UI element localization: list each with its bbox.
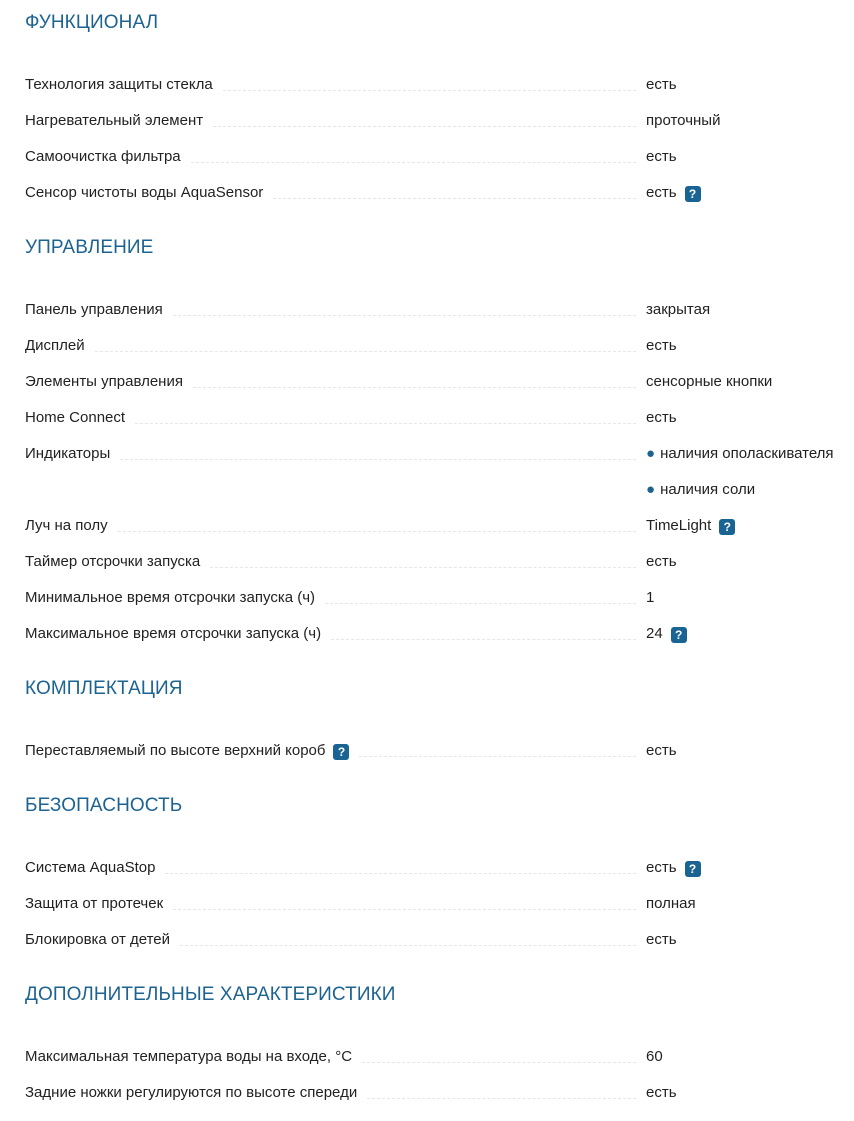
section-title: БЕЗОПАСНОСТЬ (25, 794, 854, 818)
spec-value: TimeLight (646, 517, 711, 535)
spec-label: Дисплей (25, 337, 85, 355)
dotted-leader (223, 89, 636, 91)
dotted-leader (180, 944, 636, 946)
spec-row-continuation: ●наличия соли (25, 463, 854, 499)
spec-label-cell: Переставляемый по высоте верхний короб? (25, 742, 636, 760)
spec-value-cell: TimeLight? (646, 517, 735, 535)
dotted-leader (165, 872, 636, 874)
spec-value: 24 (646, 625, 663, 643)
spec-label-cell: Система AquaStop (25, 859, 636, 877)
spec-label-cell: Защита от протечек (25, 895, 636, 913)
spec-value: закрытая (646, 301, 710, 319)
spec-label: Нагревательный элемент (25, 112, 203, 130)
spec-label-cell: Сенсор чистоты воды AquaSensor (25, 184, 636, 202)
spec-row: Элементы управлениясенсорные кнопки (25, 355, 854, 391)
dotted-leader (331, 638, 636, 640)
spec-row: Луч на полуTimeLight? (25, 499, 854, 535)
spec-label: Home Connect (25, 409, 125, 427)
spec-label: Индикаторы (25, 445, 110, 463)
spec-label-cell: Индикаторы (25, 445, 636, 463)
spec-label: Задние ножки регулируются по высоте спер… (25, 1084, 357, 1102)
spec-value-cell: есть (646, 931, 677, 949)
spec-value: полная (646, 895, 696, 913)
section-title: ДОПОЛНИТЕЛЬНЫЕ ХАРАКТЕРИСТИКИ (25, 983, 854, 1007)
spec-label-cell: Минимальное время отсрочки запуска (ч) (25, 589, 636, 607)
spec-section: УПРАВЛЕНИЕПанель управлениязакрытаяДиспл… (25, 236, 854, 643)
spec-value-cell: есть (646, 409, 677, 427)
spec-value: наличия соли (660, 481, 755, 499)
spec-row: Самоочистка фильтраесть (25, 130, 854, 166)
dotted-leader (95, 350, 636, 352)
spec-value: 1 (646, 589, 654, 607)
spec-value: есть (646, 148, 677, 166)
spec-label: Технология защиты стекла (25, 76, 213, 94)
spec-label: Защита от протечек (25, 895, 163, 913)
spec-label-cell: Элементы управления (25, 373, 636, 391)
spec-label: Элементы управления (25, 373, 183, 391)
spec-label: Блокировка от детей (25, 931, 170, 949)
spec-value-cell: есть (646, 1084, 677, 1102)
dotted-leader (135, 422, 636, 424)
dotted-leader (173, 314, 636, 316)
spec-rows: Технология защиты стеклаестьНагревательн… (25, 58, 854, 202)
spec-label-cell: Максимальное время отсрочки запуска (ч) (25, 625, 636, 643)
spec-label-cell: Задние ножки регулируются по высоте спер… (25, 1084, 636, 1102)
dotted-leader (191, 161, 636, 163)
spec-label-cell: Home Connect (25, 409, 636, 427)
spec-row: Защита от протечекполная (25, 877, 854, 913)
spec-row: Панель управлениязакрытая (25, 283, 854, 319)
section-title: ФУНКЦИОНАЛ (25, 11, 854, 35)
spec-value-cell: проточный (646, 112, 720, 130)
spec-value-cell: есть (646, 337, 677, 355)
spec-label-cell: Максимальная температура воды на входе, … (25, 1048, 636, 1066)
spec-value-cell: есть (646, 148, 677, 166)
spec-value: есть (646, 184, 677, 202)
spec-label: Сенсор чистоты воды AquaSensor (25, 184, 263, 202)
spec-label: Максимальное время отсрочки запуска (ч) (25, 625, 321, 643)
spec-label: Таймер отсрочки запуска (25, 553, 200, 571)
dotted-leader (367, 1097, 636, 1099)
spec-label: Минимальное время отсрочки запуска (ч) (25, 589, 315, 607)
spec-label: Максимальная температура воды на входе, … (25, 1048, 352, 1066)
spec-value: сенсорные кнопки (646, 373, 772, 391)
spec-value: есть (646, 1084, 677, 1102)
spec-value: наличия ополаскивателя (660, 445, 834, 463)
spec-row: Переставляемый по высоте верхний короб?е… (25, 724, 854, 760)
help-icon[interactable]: ? (685, 861, 701, 877)
spec-row: Минимальное время отсрочки запуска (ч)1 (25, 571, 854, 607)
spec-section: БЕЗОПАСНОСТЬСистема AquaStopесть?Защита … (25, 794, 854, 949)
spec-value-cell: сенсорные кнопки (646, 373, 772, 391)
spec-label: Панель управления (25, 301, 163, 319)
section-title: КОМПЛЕКТАЦИЯ (25, 677, 854, 701)
spec-row: Максимальная температура воды на входе, … (25, 1030, 854, 1066)
spec-row: Нагревательный элементпроточный (25, 94, 854, 130)
spec-value: есть (646, 742, 677, 760)
bullet-icon: ● (646, 445, 655, 463)
help-icon[interactable]: ? (333, 744, 349, 760)
section-title: УПРАВЛЕНИЕ (25, 236, 854, 260)
spec-value: есть (646, 553, 677, 571)
spec-value-cell: 1 (646, 589, 654, 607)
dotted-leader (210, 566, 636, 568)
dotted-leader (120, 458, 636, 460)
spec-row: Максимальное время отсрочки запуска (ч)2… (25, 607, 854, 643)
spec-label: Переставляемый по высоте верхний короб (25, 742, 325, 760)
bullet-icon: ● (646, 481, 655, 499)
spec-row: Задние ножки регулируются по высоте спер… (25, 1066, 854, 1102)
spec-value-cell: есть (646, 742, 677, 760)
dotted-leader (213, 125, 636, 127)
spec-rows: Переставляемый по высоте верхний короб?е… (25, 724, 854, 760)
spec-rows: Панель управлениязакрытаяДисплейестьЭлем… (25, 283, 854, 643)
spec-section: КОМПЛЕКТАЦИЯПереставляемый по высоте вер… (25, 677, 854, 760)
spec-label-cell: Панель управления (25, 301, 636, 319)
spec-value: есть (646, 931, 677, 949)
spec-row: Дисплейесть (25, 319, 854, 355)
spec-row: Сенсор чистоты воды AquaSensorесть? (25, 166, 854, 202)
spec-value-cell: 24? (646, 625, 687, 643)
dotted-leader (273, 197, 636, 199)
spec-label-cell: Нагревательный элемент (25, 112, 636, 130)
spec-label-cell: Технология защиты стекла (25, 76, 636, 94)
help-icon[interactable]: ? (719, 519, 735, 535)
dotted-leader (325, 602, 636, 604)
spec-value-cell: ●наличия соли (646, 481, 755, 499)
spec-value-cell: ●наличия ополаскивателя (646, 445, 834, 463)
spec-label: Самоочистка фильтра (25, 148, 181, 166)
spec-label-cell: Дисплей (25, 337, 636, 355)
spec-value: есть (646, 409, 677, 427)
spec-value-cell: закрытая (646, 301, 710, 319)
spec-row: Таймер отсрочки запускаесть (25, 535, 854, 571)
spec-rows: Максимальная температура воды на входе, … (25, 1030, 854, 1102)
spec-label: Система AquaStop (25, 859, 155, 877)
spec-value: есть (646, 337, 677, 355)
spec-row: Блокировка от детейесть (25, 913, 854, 949)
dotted-leader (173, 908, 636, 910)
dotted-leader (359, 755, 636, 757)
spec-value: есть (646, 859, 677, 877)
spec-label: Луч на полу (25, 517, 108, 535)
spec-value-cell: есть (646, 76, 677, 94)
spec-value-cell: есть (646, 553, 677, 571)
dotted-leader (193, 386, 636, 388)
spec-section: ФУНКЦИОНАЛТехнология защиты стеклаестьНа… (25, 11, 854, 202)
spec-value: есть (646, 76, 677, 94)
spec-label-cell: Самоочистка фильтра (25, 148, 636, 166)
help-icon[interactable]: ? (685, 186, 701, 202)
spec-label-cell: Луч на полу (25, 517, 636, 535)
help-icon[interactable]: ? (671, 627, 687, 643)
spec-row: Технология защиты стеклаесть (25, 58, 854, 94)
spec-row: Home Connectесть (25, 391, 854, 427)
spec-value: 60 (646, 1048, 663, 1066)
spec-value: проточный (646, 112, 720, 130)
spec-value-cell: полная (646, 895, 696, 913)
spec-label-cell: Блокировка от детей (25, 931, 636, 949)
dotted-leader (118, 530, 636, 532)
spec-row: Система AquaStopесть? (25, 841, 854, 877)
spec-section: ДОПОЛНИТЕЛЬНЫЕ ХАРАКТЕРИСТИКИМаксимальна… (25, 983, 854, 1102)
spec-rows: Система AquaStopесть?Защита от протечекп… (25, 841, 854, 949)
spec-value-cell: есть? (646, 184, 701, 202)
spec-value-cell: есть? (646, 859, 701, 877)
dotted-leader (362, 1061, 636, 1063)
spec-label-cell: Таймер отсрочки запуска (25, 553, 636, 571)
spec-value-cell: 60 (646, 1048, 663, 1066)
spec-row: Индикаторы●наличия ополаскивателя (25, 427, 854, 463)
